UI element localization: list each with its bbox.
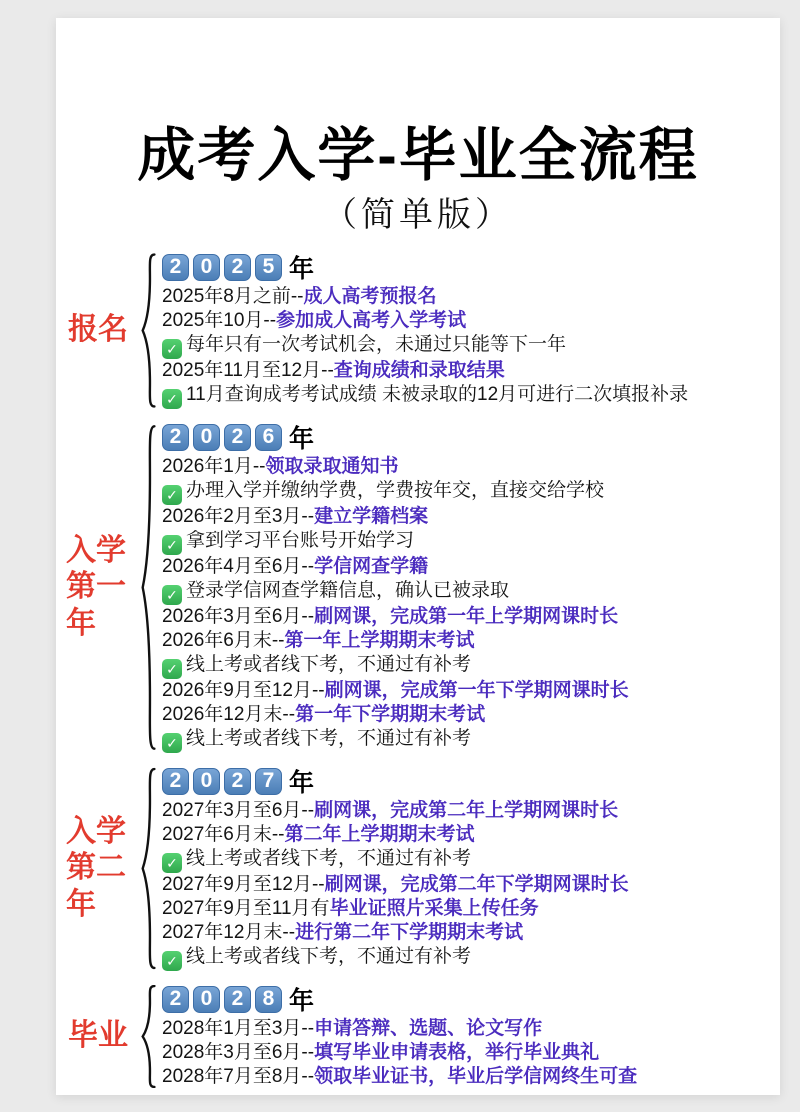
year-digit-badge: 8 <box>255 986 282 1013</box>
row-highlight: 查询成绩和录取结果 <box>334 360 505 381</box>
row-text: 每年只有一次考试机会，未通过只能等下一年 <box>186 334 566 355</box>
row-date-prefix: 2027年9月至11月有 <box>162 898 330 919</box>
year-suffix-label: 年 <box>289 763 314 799</box>
timeline-row: 2027年6月末--第二年上学期期末考试 <box>162 823 776 847</box>
curly-brace-icon <box>140 985 158 1088</box>
row-text: 线上考或者线下考，不通过有补考 <box>186 728 471 749</box>
flow-section: 入学第一年2026年2026年1月--领取录取通知书✓办理入学并缴纳学费，学费按… <box>56 422 780 753</box>
row-date-prefix: 2027年6月末-- <box>162 824 285 845</box>
timeline-row: 2027年12月末--进行第二年下学期期末考试 <box>162 921 776 945</box>
row-date-prefix: 2026年9月至12月-- <box>162 680 325 701</box>
timeline-row: ✓线上考或者线下考，不通过有补考 <box>162 945 776 971</box>
year-digit-badge: 5 <box>255 254 282 281</box>
row-date-prefix: 2027年12月末-- <box>162 922 295 943</box>
timeline-row: 2026年2月至3月--建立学籍档案 <box>162 505 776 529</box>
check-icon: ✓ <box>162 389 182 409</box>
timeline-row: ✓11月查询成考考试成绩 未被录取的12月可进行二次填报补录 <box>162 383 776 409</box>
curly-brace-icon <box>140 767 158 970</box>
row-date-prefix: 2026年2月至3月-- <box>162 506 314 527</box>
row-highlight: 填写毕业申请表格，举行毕业典礼 <box>314 1042 599 1063</box>
year-digit-badge: 2 <box>224 986 251 1013</box>
timeline-row: 2025年8月之前--成人高考预报名 <box>162 285 776 309</box>
row-text: 登录学信网查学籍信息，确认已被录取 <box>186 580 509 601</box>
section-content: 2028年2028年1月至3月--申请答辩、选题、论文写作2028年3月至6月-… <box>158 984 780 1089</box>
year-digit-badge: 0 <box>193 768 220 795</box>
check-icon: ✓ <box>162 485 182 505</box>
section-label: 毕业 <box>56 984 140 1089</box>
year-row: 2027年 <box>162 766 776 796</box>
row-highlight: 学信网查学籍 <box>314 556 428 577</box>
year-digit-badge: 2 <box>224 254 251 281</box>
section-label-text: 报名 <box>68 312 128 349</box>
row-highlight: 参加成人高考入学考试 <box>276 310 466 331</box>
row-highlight: 刷网课，完成第二年下学期网课时长 <box>325 874 629 895</box>
section-brace <box>140 422 158 753</box>
timeline-row: ✓登录学信网查学籍信息，确认已被录取 <box>162 579 776 605</box>
timeline-row: ✓线上考或者线下考，不通过有补考 <box>162 727 776 753</box>
timeline-row: 2026年12月末--第一年下学期期末考试 <box>162 703 776 727</box>
timeline-row: ✓办理入学并缴纳学费，学费按年交，直接交给学校 <box>162 479 776 505</box>
timeline-row: ✓每年只有一次考试机会，未通过只能等下一年 <box>162 333 776 359</box>
row-date-prefix: 2026年1月-- <box>162 456 266 477</box>
timeline-row: 2025年11月至12月--查询成绩和录取结果 <box>162 359 776 383</box>
check-icon: ✓ <box>162 339 182 359</box>
check-icon: ✓ <box>162 535 182 555</box>
row-highlight: 刷网课，完成第二年上学期网课时长 <box>314 800 618 821</box>
flow-section: 毕业2028年2028年1月至3月--申请答辩、选题、论文写作2028年3月至6… <box>56 984 780 1089</box>
row-date-prefix: 2026年3月至6月-- <box>162 606 314 627</box>
check-icon: ✓ <box>162 659 182 679</box>
row-highlight: 第一年下学期期末考试 <box>295 704 485 725</box>
year-digit-badge: 0 <box>193 254 220 281</box>
year-digit-badge: 2 <box>162 424 189 451</box>
row-text: 线上考或者线下考，不通过有补考 <box>186 654 471 675</box>
timeline-row: 2025年10月--参加成人高考入学考试 <box>162 309 776 333</box>
row-text: 拿到学习平台账号开始学习 <box>186 530 414 551</box>
curly-brace-icon <box>140 423 158 752</box>
check-icon: ✓ <box>162 733 182 753</box>
timeline-row: 2028年1月至3月--申请答辩、选题、论文写作 <box>162 1017 776 1041</box>
section-content: 2027年2027年3月至6月--刷网课，完成第二年上学期网课时长2027年6月… <box>158 766 780 971</box>
section-content: 2025年2025年8月之前--成人高考预报名2025年10月--参加成人高考入… <box>158 252 780 409</box>
row-highlight: 进行第二年下学期期末考试 <box>295 922 523 943</box>
row-date-prefix: 2028年1月至3月-- <box>162 1018 314 1039</box>
sections-container: 报名2025年2025年8月之前--成人高考预报名2025年10月--参加成人高… <box>56 252 780 1089</box>
page-subtitle: （简单版） <box>56 197 780 234</box>
row-highlight: 第二年上学期期末考试 <box>285 824 475 845</box>
check-icon: ✓ <box>162 853 182 873</box>
year-digit-badge: 2 <box>162 254 189 281</box>
timeline-row: ✓线上考或者线下考，不通过有补考 <box>162 653 776 679</box>
row-highlight: 领取录取通知书 <box>266 456 399 477</box>
section-label: 入学第二年 <box>56 766 140 971</box>
section-brace <box>140 252 158 409</box>
row-text: 线上考或者线下考，不通过有补考 <box>186 848 471 869</box>
row-date-prefix: 2028年7月至8月-- <box>162 1066 314 1087</box>
year-suffix-label: 年 <box>289 419 314 455</box>
row-date-prefix: 2026年4月至6月-- <box>162 556 314 577</box>
year-digit-badge: 7 <box>255 768 282 795</box>
section-content: 2026年2026年1月--领取录取通知书✓办理入学并缴纳学费，学费按年交，直接… <box>158 422 780 753</box>
row-highlight: 刷网课，完成第一年上学期网课时长 <box>314 606 618 627</box>
check-icon: ✓ <box>162 951 182 971</box>
section-label-text: 入学第二年 <box>66 814 130 924</box>
curly-brace-icon <box>140 253 158 408</box>
year-row: 2028年 <box>162 984 776 1014</box>
section-label-text: 毕业 <box>68 1018 128 1055</box>
timeline-row: 2026年4月至6月--学信网查学籍 <box>162 555 776 579</box>
timeline-row: 2027年3月至6月--刷网课，完成第二年上学期网课时长 <box>162 799 776 823</box>
row-date-prefix: 2025年10月-- <box>162 310 276 331</box>
row-date-prefix: 2027年3月至6月-- <box>162 800 314 821</box>
year-digit-badge: 0 <box>193 986 220 1013</box>
timeline-row: 2026年6月末--第一年上学期期末考试 <box>162 629 776 653</box>
timeline-row: 2028年7月至8月--领取毕业证书，毕业后学信网终生可查 <box>162 1065 776 1089</box>
year-digit-badge: 2 <box>224 424 251 451</box>
poster-card: 成考入学-毕业全流程 （简单版） 报名2025年2025年8月之前--成人高考预… <box>56 18 780 1095</box>
row-date-prefix: 2025年8月之前-- <box>162 286 304 307</box>
year-digit-badge: 0 <box>193 424 220 451</box>
row-date-prefix: 2025年11月至12月-- <box>162 360 334 381</box>
section-brace <box>140 984 158 1089</box>
timeline-row: ✓拿到学习平台账号开始学习 <box>162 529 776 555</box>
timeline-row: 2027年9月至11月有毕业证照片采集上传任务 <box>162 897 776 921</box>
row-highlight: 第一年上学期期末考试 <box>285 630 475 651</box>
section-label-text: 入学第一年 <box>66 533 130 643</box>
row-highlight: 刷网课，完成第一年下学期网课时长 <box>325 680 629 701</box>
row-text: 线上考或者线下考，不通过有补考 <box>186 946 471 967</box>
year-suffix-label: 年 <box>289 249 314 285</box>
timeline-row: 2026年1月--领取录取通知书 <box>162 455 776 479</box>
year-digit-badge: 6 <box>255 424 282 451</box>
year-digit-badge: 2 <box>162 768 189 795</box>
timeline-row: ✓线上考或者线下考，不通过有补考 <box>162 847 776 873</box>
row-date-prefix: 2026年6月末-- <box>162 630 285 651</box>
page-title: 成考入学-毕业全流程 <box>56 126 780 187</box>
row-highlight: 申请答辩、选题、论文写作 <box>314 1018 542 1039</box>
row-date-prefix: 2027年9月至12月-- <box>162 874 325 895</box>
section-label: 入学第一年 <box>56 422 140 753</box>
year-suffix-label: 年 <box>289 981 314 1017</box>
year-digit-badge: 2 <box>162 986 189 1013</box>
row-text: 11月查询成考考试成绩 未被录取的12月可进行二次填报补录 <box>186 384 688 405</box>
section-label: 报名 <box>56 252 140 409</box>
row-highlight: 建立学籍档案 <box>314 506 428 527</box>
flow-section: 入学第二年2027年2027年3月至6月--刷网课，完成第二年上学期网课时长20… <box>56 766 780 971</box>
timeline-row: 2028年3月至6月--填写毕业申请表格，举行毕业典礼 <box>162 1041 776 1065</box>
timeline-row: 2026年3月至6月--刷网课，完成第一年上学期网课时长 <box>162 605 776 629</box>
row-highlight: 成人高考预报名 <box>304 286 437 307</box>
row-date-prefix: 2026年12月末-- <box>162 704 295 725</box>
check-icon: ✓ <box>162 585 182 605</box>
year-digit-badge: 2 <box>224 768 251 795</box>
year-row: 2026年 <box>162 422 776 452</box>
row-text: 办理入学并缴纳学费，学费按年交，直接交给学校 <box>186 480 604 501</box>
section-brace <box>140 766 158 971</box>
timeline-row: 2026年9月至12月--刷网课，完成第一年下学期网课时长 <box>162 679 776 703</box>
year-row: 2025年 <box>162 252 776 282</box>
flow-section: 报名2025年2025年8月之前--成人高考预报名2025年10月--参加成人高… <box>56 252 780 409</box>
row-highlight: 领取毕业证书，毕业后学信网终生可查 <box>314 1066 637 1087</box>
row-date-prefix: 2028年3月至6月-- <box>162 1042 314 1063</box>
row-highlight: 毕业证照片采集上传任务 <box>330 898 539 919</box>
timeline-row: 2027年9月至12月--刷网课，完成第二年下学期网课时长 <box>162 873 776 897</box>
